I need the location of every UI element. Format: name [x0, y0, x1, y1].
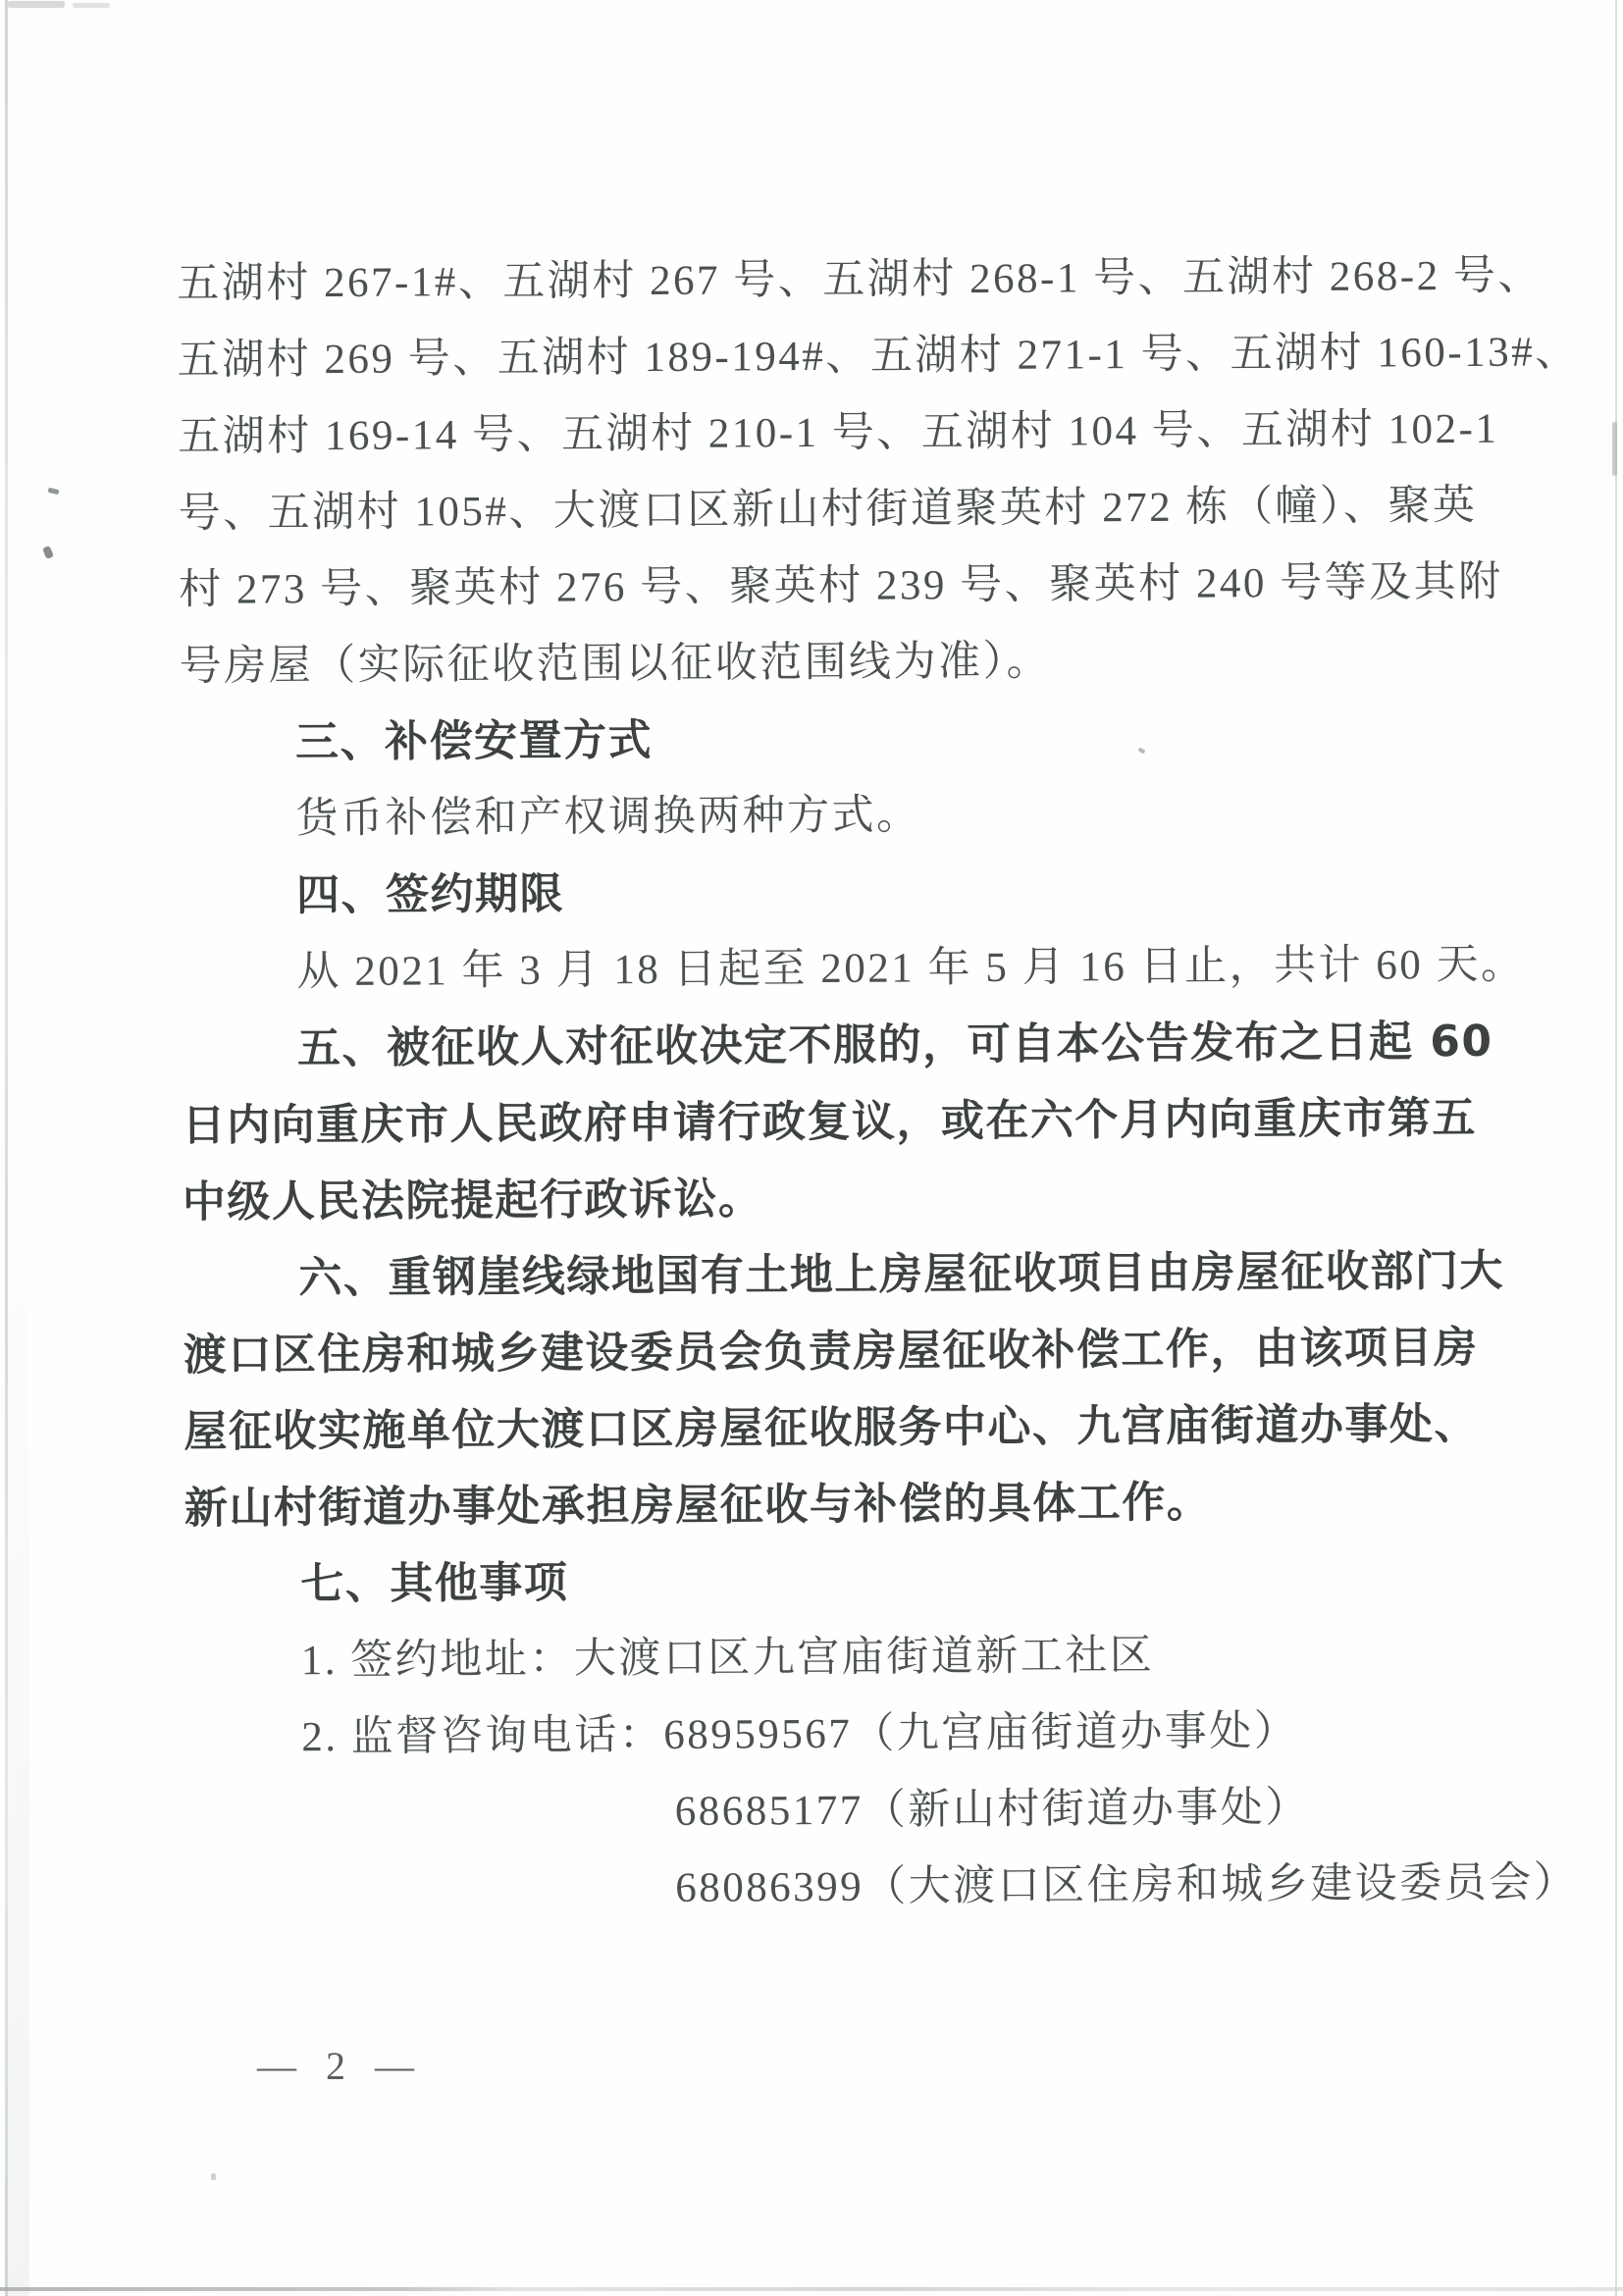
- text-line: 号、五湖村 105#、大渡口区新山村街道聚英村 272 栋（幢）、聚英: [178, 468, 1437, 552]
- scan-corner-mark: [8, 1, 65, 8]
- text-line: 68685177（新山村街道办事处）: [186, 1769, 1445, 1853]
- scan-speck: [48, 488, 60, 496]
- text-line: 从 2021 年 3 月 18 日起至 2021 年 5 月 16 日止，共计 …: [181, 927, 1440, 1012]
- scan-edge-right-line: [1615, 0, 1617, 2296]
- text-line: 五、被征收人对征收决定不服的，可自本公告发布之日起 60: [182, 1004, 1440, 1088]
- text-line: 七、其他事项: [184, 1539, 1443, 1624]
- text-line: 货币补偿和产权调换两种方式。: [180, 774, 1439, 859]
- text-line: 五湖村 267-1#、五湖村 267 号、五湖村 268-1 号、五湖村 268…: [177, 238, 1436, 323]
- scan-edge-left-line: [5, 0, 8, 2296]
- text-line: 四、签约期限: [181, 851, 1440, 935]
- scan-speck: [42, 546, 54, 559]
- text-line: 2. 监督咨询电话：68959567（九宫庙街道办事处）: [185, 1693, 1444, 1777]
- text-line: 屋征收实施单位大渡口区房屋征收服务中心、九宫庙街道办事处、: [183, 1386, 1442, 1471]
- text-line: 五湖村 269 号、五湖村 189-194#、五湖村 271-1 号、五湖村 1…: [177, 315, 1436, 399]
- text-line: 五湖村 169-14 号、五湖村 210-1 号、五湖村 104 号、五湖村 1…: [178, 391, 1437, 476]
- text-line: 三、补偿安置方式: [180, 698, 1439, 782]
- document-page: 五湖村 267-1#、五湖村 267 号、五湖村 268-1 号、五湖村 268…: [0, 0, 1623, 2296]
- text-line: 1. 签约地址：大渡口区九宫庙街道新工社区: [185, 1616, 1444, 1700]
- scan-edge-left-tint: [8, 1128, 29, 2296]
- scan-corner-mark: [73, 3, 110, 8]
- scan-edge-bottom-line: [0, 2287, 1623, 2291]
- page-number: — 2 —: [257, 2043, 424, 2089]
- text-line: 日内向重庆市人民政府申请行政复议，或在六个月内向重庆市第五: [182, 1080, 1440, 1165]
- text-line: 村 273 号、聚英村 276 号、聚英村 239 号、聚英村 240 号等及其…: [179, 545, 1438, 629]
- scan-speck: [211, 2173, 216, 2180]
- text-line: 渡口区住房和城乡建设委员会负责房屋征收补偿工作，由该项目房: [183, 1310, 1442, 1394]
- text-line: 号房屋（实际征收范围以征收范围线为准）。: [179, 621, 1438, 705]
- text-line: 68086399（大渡口区住房和城乡建设委员会）: [186, 1846, 1445, 1930]
- text-line: 新山村街道办事处承担房屋征收与补偿的具体工作。: [184, 1463, 1443, 1547]
- scan-edge-right-smudge: [1612, 422, 1617, 476]
- document-body: 五湖村 267-1#、五湖村 267 号、五湖村 268-1 号、五湖村 268…: [177, 238, 1445, 1930]
- text-line: 六、重钢崖线绿地国有土地上房屋征收项目由房屋征收部门大: [183, 1233, 1441, 1318]
- text-line: 中级人民法院提起行政诉讼。: [183, 1157, 1441, 1241]
